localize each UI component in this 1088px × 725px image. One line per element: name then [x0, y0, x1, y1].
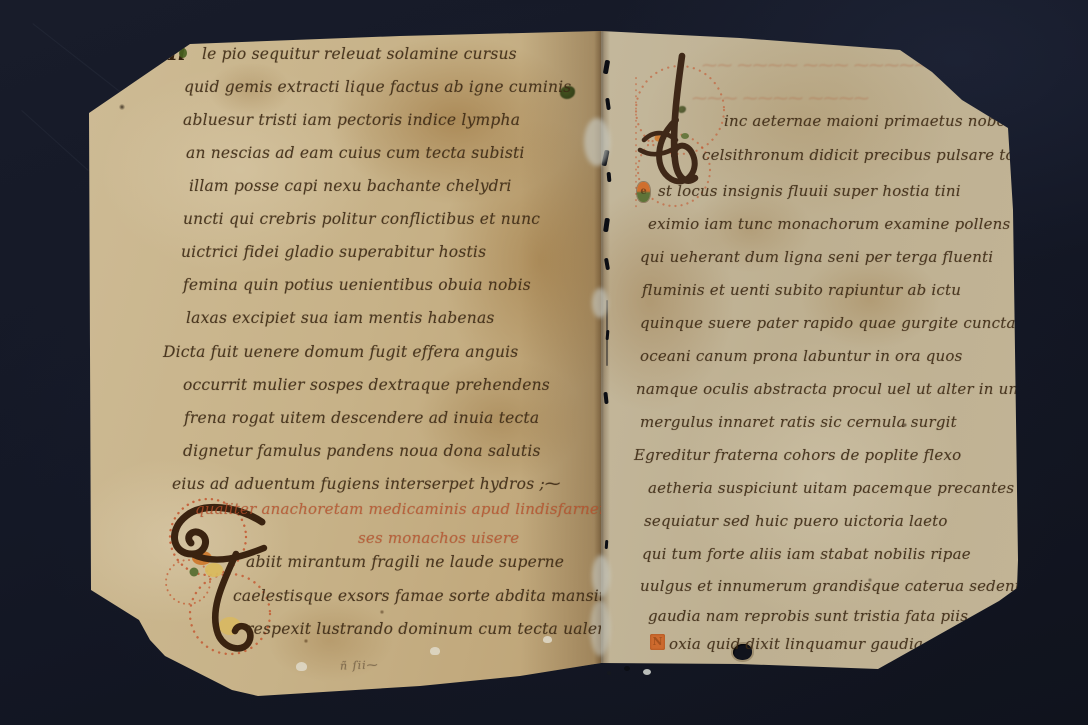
dirt-speck: [643, 669, 651, 675]
manuscript-line: quid gemis extracti lique factus ab igne…: [184, 80, 571, 96]
manuscript-line: frena rogat uitem descendere ad inuia te…: [184, 411, 539, 427]
green-fill-dot: [179, 48, 187, 58]
colored-initial-n: N: [650, 634, 665, 650]
opening-initial-il: Il: [168, 42, 186, 63]
manuscript-line: illam posse capi nexu bachante chelydri: [189, 179, 512, 195]
manuscript-line: respexit lustrando dominum cum tecta ual…: [246, 622, 621, 638]
dirt-speck: [607, 671, 611, 675]
manuscript-line: Egreditur fraterna cohors de poplite fle…: [634, 448, 961, 463]
manuscript-line: laxas excipiet sua iam mentis habenas: [186, 311, 495, 327]
rubric-line-faded: ⁓⁓⁓ ⁓⁓⁓⁓ ⁓⁓⁓⁓: [692, 91, 869, 106]
manuscript-line: mergulus innaret ratis sic cernula surgi…: [640, 415, 957, 430]
rubric-line: ses monachos uisere: [358, 531, 519, 546]
manuscript-line: fluminis et uenti subito rapiuntur ab ic…: [642, 283, 961, 298]
rubric-line-faded: ⁓⁓ ⁓⁓⁓⁓ ⁓⁓⁓ ⁓⁓⁓⁓⁓: [702, 58, 930, 73]
manuscript-line: uulgus et innumerum grandisque caterua s…: [640, 579, 1045, 594]
small-initial-e: e: [637, 182, 650, 202]
manuscript-line: quinque suere pater rapido quae gurgite …: [640, 316, 1016, 331]
manuscript-line: eximio iam tunc monachorum examine polle…: [648, 217, 1010, 232]
manuscript-line: gaudia nam reprobis sunt tristia fata pi…: [648, 609, 968, 624]
background-scratch: [21, 110, 89, 171]
manuscript-line: oxia quid dixit linquamur gaudia u: [669, 637, 938, 652]
manuscript-line: an nescias ad eam cuius cum tecta subist…: [186, 146, 525, 162]
marginal-annotation: ñ ſii⁓: [340, 659, 379, 671]
dirt-speck: [624, 666, 630, 671]
manuscript-line: eius ad aduentum fugiens interserpet hyd…: [172, 477, 561, 493]
rubric-line: qualiter anachoretam medicaminis apud li…: [195, 502, 609, 517]
manuscript-photograph: Il le pio sequitur releuat solamine curs…: [0, 0, 1088, 725]
manuscript-line: uictrici fidei gladio superabitur hostis: [181, 245, 486, 261]
manuscript-line: celsithronum didicit precibus pulsare to…: [702, 148, 1073, 163]
manuscript-line: oceani canum prona labuntur in ora quos: [640, 349, 963, 364]
manuscript-line: uncti qui crebris politur conflictibus e…: [183, 212, 540, 228]
manuscript-line: abluesur tristi iam pectoris indice lymp…: [183, 113, 520, 129]
manuscript-line: qui tum forte aliis iam stabat nobilis r…: [642, 547, 971, 562]
manuscript-line: st locus insignis fluuii super hostia ti…: [658, 184, 961, 199]
manuscript-line: inc aeternae maioni primaetus nobori con: [724, 114, 1051, 129]
manuscript-line: caelestisque exsors famae sorte abdita m…: [233, 589, 605, 605]
manuscript-line: aetheria suspiciunt uitam pacemque preca…: [648, 481, 1014, 496]
manuscript-line: sequiatur sed huic puero uictoria laeto: [644, 514, 948, 529]
manuscript-line: abiit mirantum fragili ne laude superne: [246, 555, 564, 571]
manuscript-line: Dicta fuit uenere domum fugit effera ang…: [163, 345, 518, 361]
manuscript-line: femina quin potius uenientibus obuia nob…: [183, 278, 531, 294]
manuscript-line: qui ueherant dum ligna seni per terga fl…: [640, 250, 993, 265]
manuscript-line: le pio sequitur releuat solamine cursus: [202, 47, 517, 63]
manuscript-line: occurrit mulier sospes dextraque prehend…: [183, 378, 550, 394]
manuscript-line: dignetur famulus pandens noua dona salut…: [183, 444, 541, 460]
background-scratch: [32, 23, 127, 98]
manuscript-line: namque oculis abstracta procul uel ut al…: [636, 382, 1041, 397]
